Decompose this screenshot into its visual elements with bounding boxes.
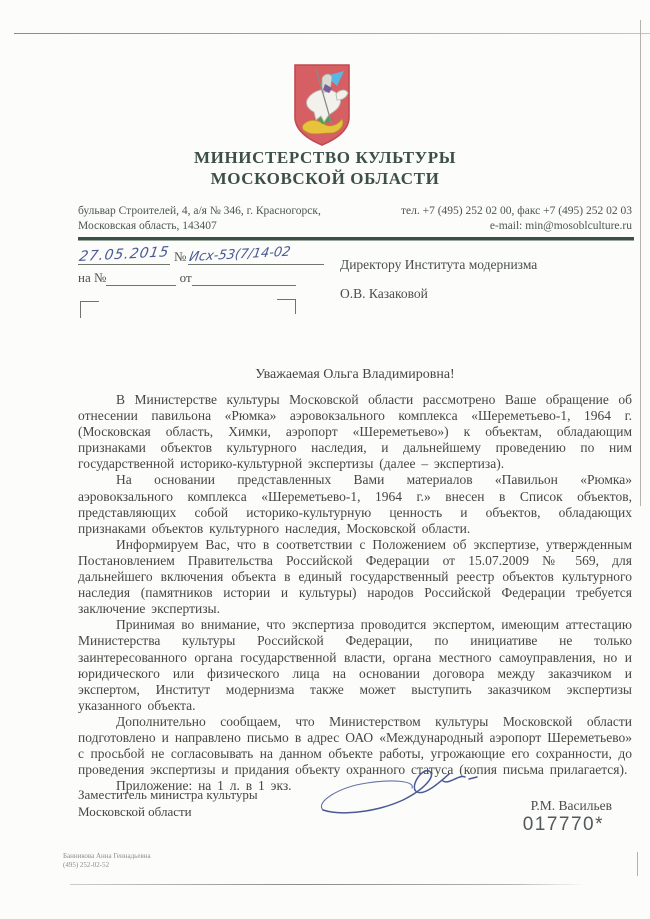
outgoing-number-row: 27.05.2015№Исх-53(7/14-02	[78, 249, 318, 267]
signature-block: Заместитель министра культуры Московской…	[78, 786, 632, 856]
recipient-name: О.В. Казаковой	[340, 286, 537, 302]
executor-phone: (495) 252-02-52	[63, 861, 151, 870]
postal-address-line1: бульвар Строителей, 4, а/я № 346, г. Кра…	[78, 204, 321, 219]
email-line: e-mail: min@mosoblculture.ru	[401, 219, 632, 234]
body-paragraphs: В Министерстве культуры Московской облас…	[78, 392, 632, 778]
reply-number-blank	[106, 270, 176, 286]
handwritten-date: 27.05.2015	[78, 244, 171, 265]
reply-date-label: от	[180, 270, 192, 285]
executor-name: Банникова Анна Геннадьевна	[63, 852, 151, 861]
signatory-position-line1: Заместитель министра культуры	[78, 786, 258, 803]
handwritten-signature	[313, 758, 483, 826]
signatory-position: Заместитель министра культуры Московской…	[78, 786, 258, 820]
ministry-title: МИНИСТЕРСТВО КУЛЬТУРЫ МОСКОВСКОЙ ОБЛАСТИ	[0, 147, 650, 189]
scan-edge-right-line	[640, 20, 641, 506]
reference-block: 27.05.2015№Исх-53(7/14-02 на № от	[78, 249, 318, 288]
body-paragraph: В Министерстве культуры Московской облас…	[78, 392, 632, 472]
letter-page: МИНИСТЕРСТВО КУЛЬТУРЫ МОСКОВСКОЙ ОБЛАСТИ…	[0, 0, 650, 919]
scan-edge-corner-line	[637, 852, 638, 876]
address-zone-corner-left	[80, 301, 99, 318]
body-paragraph: Принимая во внимание, что экспертиза про…	[78, 617, 632, 714]
salutation: Уважаемая Ольга Владимировна!	[78, 367, 632, 383]
reply-reference-row: на № от	[78, 270, 318, 288]
contact-lines: тел. +7 (495) 252 02 00, факс +7 (495) 2…	[401, 204, 632, 234]
signatory-name: Р.М. Васильев	[531, 798, 612, 814]
address-zone-corner-right	[277, 299, 296, 314]
letterhead-divider	[78, 237, 634, 240]
body-paragraph: На основании представленных Вами материа…	[78, 472, 632, 536]
coat-of-arms-icon	[292, 62, 352, 148]
scan-edge-bottom-line	[70, 884, 586, 885]
letter-body: В Министерстве культуры Московской облас…	[78, 392, 632, 794]
outgoing-number-field: Исх-53(7/14-02	[188, 249, 324, 265]
recipient-position: Директору Института модернизма	[340, 257, 537, 273]
reply-number-label: на №	[78, 270, 106, 285]
scan-edge-top-line	[14, 33, 650, 34]
letterhead-contacts: бульвар Строителей, 4, а/я № 346, г. Кра…	[78, 204, 632, 234]
ministry-title-line2: МОСКОВСКОЙ ОБЛАСТИ	[0, 168, 650, 189]
handwritten-outgoing-number: Исх-53(7/14-02	[188, 245, 292, 265]
reply-date-blank	[192, 270, 296, 286]
body-paragraph: Информируем Вас, что в соответствии с По…	[78, 537, 632, 617]
postal-address: бульвар Строителей, 4, а/я № 346, г. Кра…	[78, 204, 321, 234]
recipient-block: Директору Института модернизма О.В. Каза…	[340, 257, 537, 302]
document-code: 017770*	[523, 814, 604, 836]
executor-info: Банникова Анна Геннадьевна (495) 252-02-…	[63, 852, 151, 869]
number-sign-label: №	[174, 249, 186, 264]
ministry-title-line1: МИНИСТЕРСТВО КУЛЬТУРЫ	[0, 147, 650, 168]
postal-address-line2: Московская область, 143407	[78, 219, 321, 234]
phone-fax-line: тел. +7 (495) 252 02 00, факс +7 (495) 2…	[401, 204, 632, 219]
date-field: 27.05.2015	[78, 249, 170, 265]
signatory-position-line2: Московской области	[78, 803, 258, 820]
